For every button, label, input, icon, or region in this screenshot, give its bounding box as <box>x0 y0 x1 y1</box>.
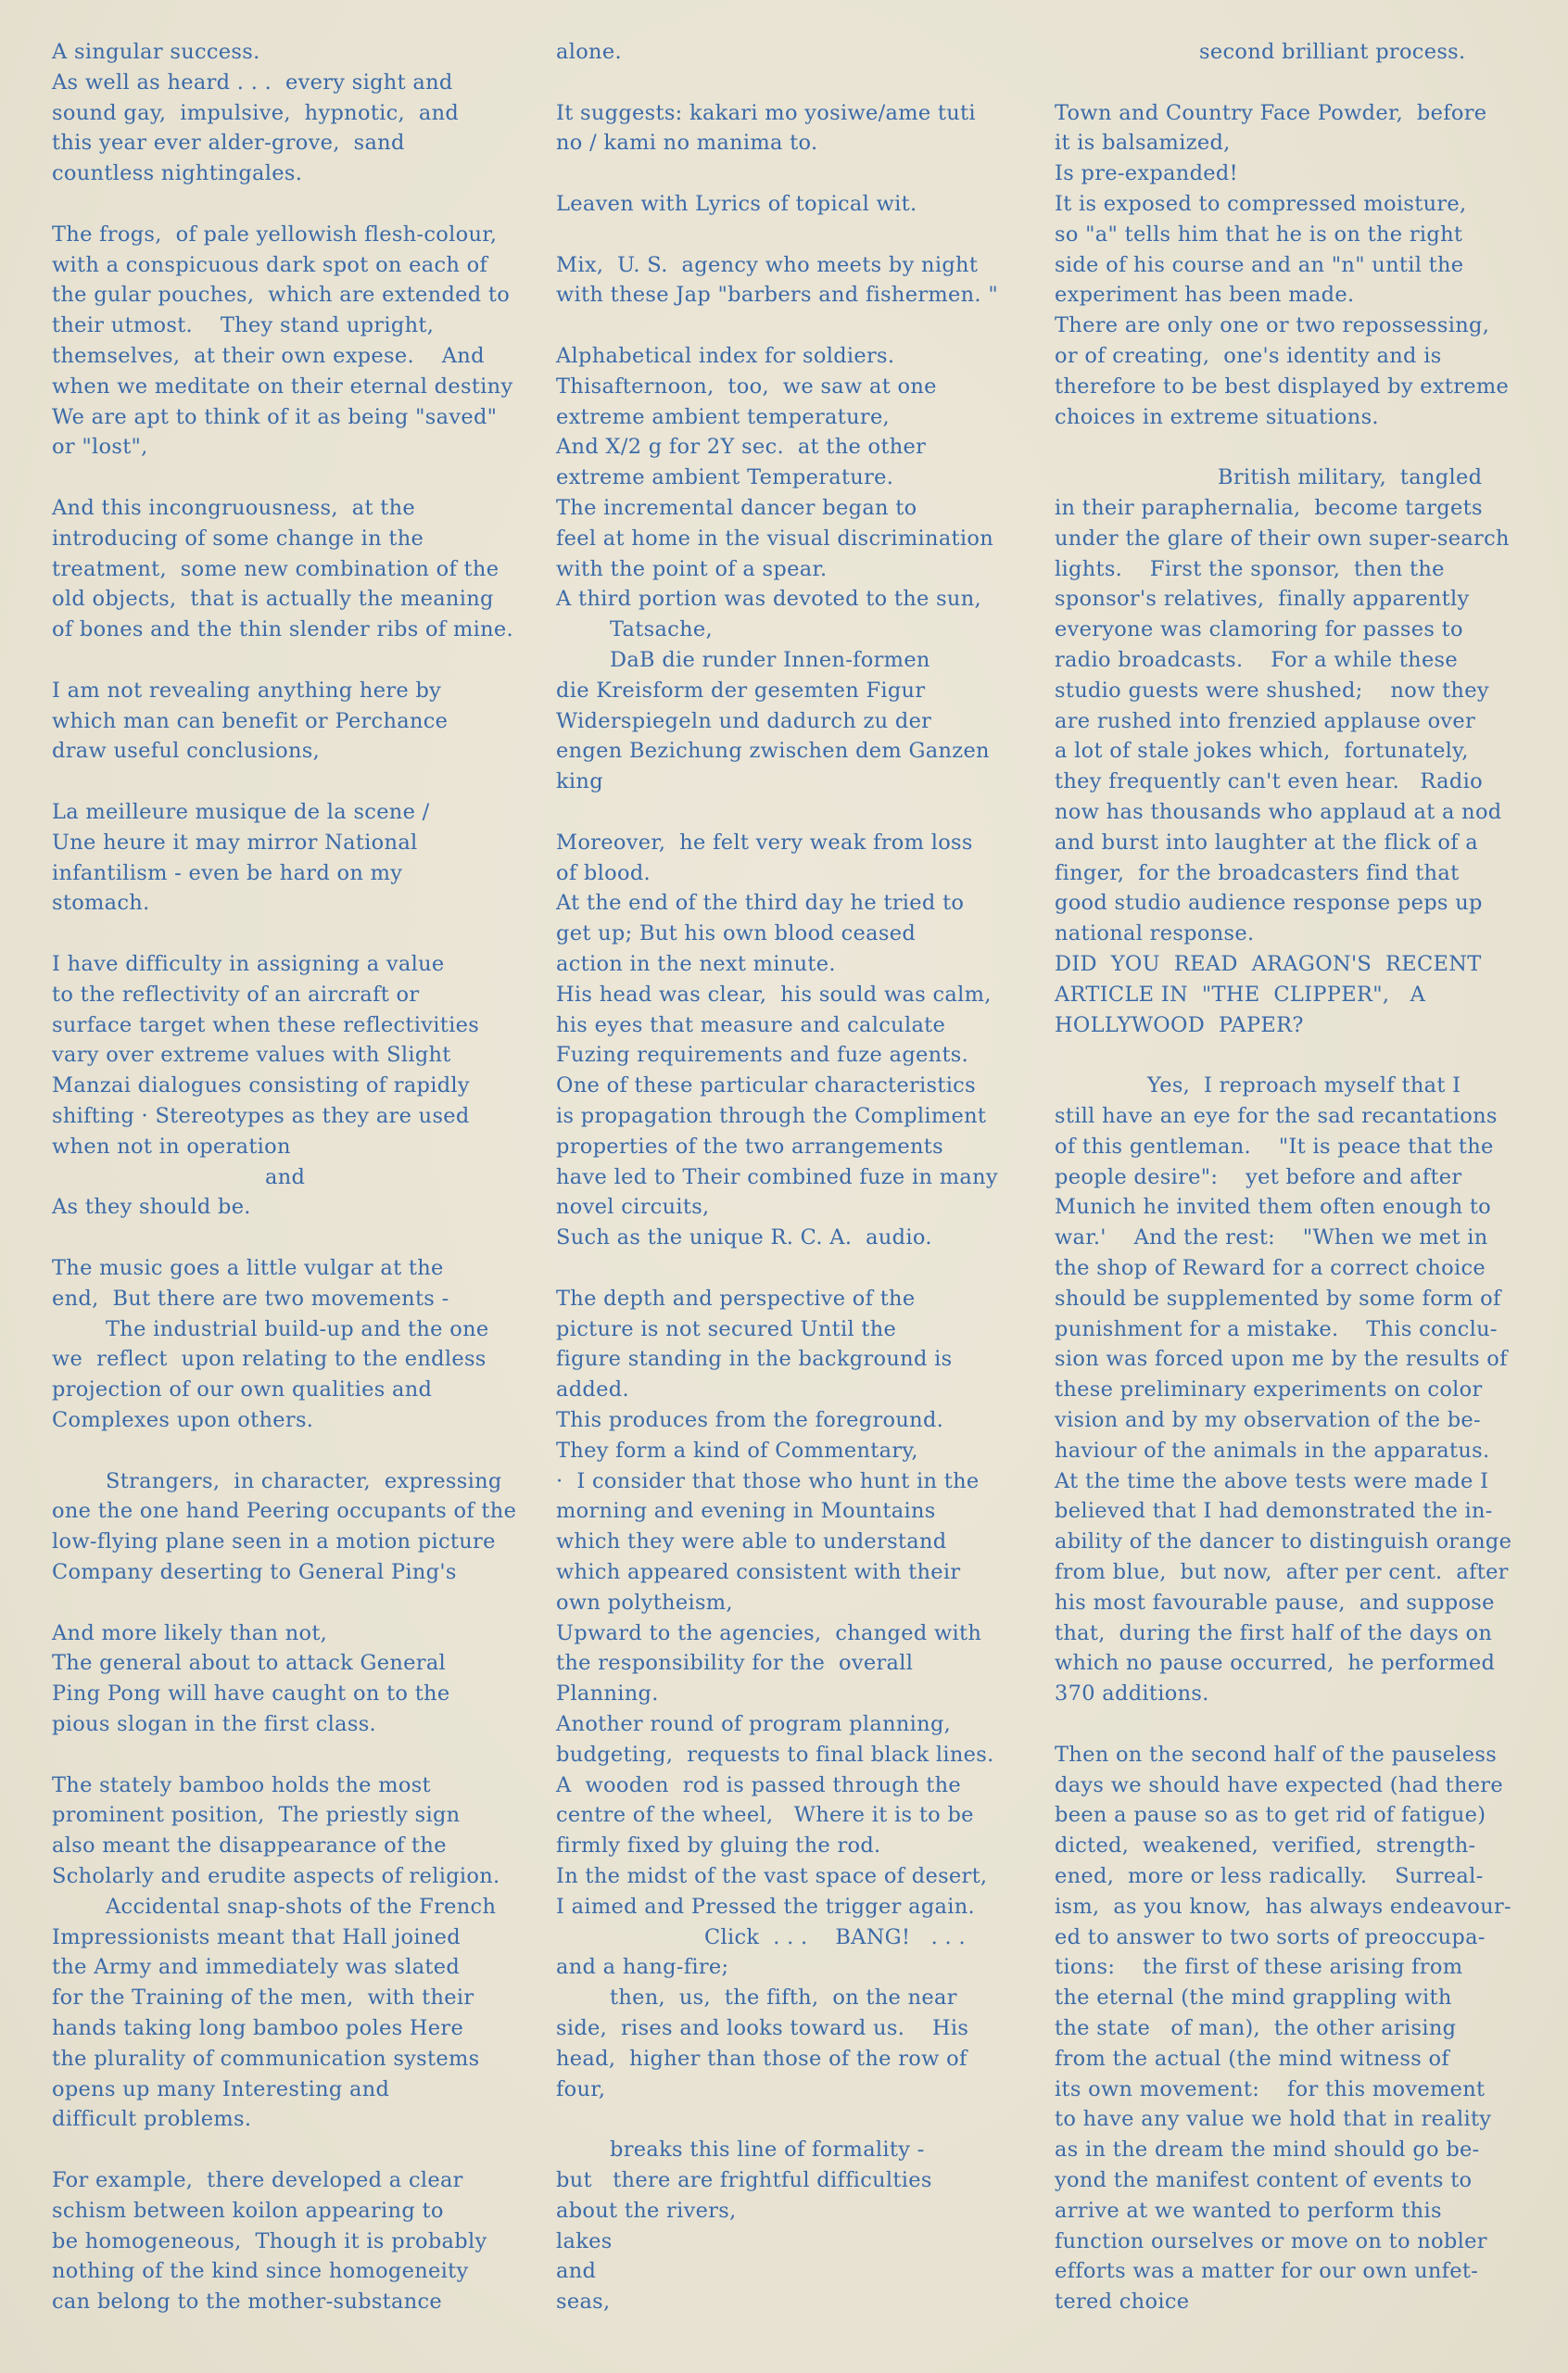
text-line: I aimed and Pressed the trigger again. <box>556 1892 975 1923</box>
text-line: Accidental snap-shots of the French <box>106 1892 496 1923</box>
text-line: novel circuits, <box>556 1192 710 1223</box>
text-line: properties of the two arrangements <box>556 1132 943 1162</box>
text-line: low-flying plane seen in a motion pictur… <box>52 1527 496 1557</box>
text-line: draw useful conclusions, <box>52 736 320 767</box>
text-line: therefore to be best displayed by extrem… <box>1055 372 1509 402</box>
text-line: For example, there developed a clear <box>52 2165 463 2196</box>
text-line: I am not revealing anything here by <box>52 676 441 706</box>
text-line: Yes, I reproach myself that I <box>1147 1071 1461 1101</box>
text-line: this year ever alder-grove, sand <box>52 128 405 159</box>
text-line: schism between koilon appearing to <box>52 2196 444 2227</box>
text-line: to have any value we hold that in realit… <box>1055 2104 1491 2135</box>
text-line: Scholarly and erudite aspects of religio… <box>52 1861 500 1892</box>
text-line: so "a" tells him that he is on the right <box>1055 220 1462 250</box>
text-line: been a pause so as to get rid of fatigue… <box>1055 1800 1486 1831</box>
text-line: And X/2 g for 2Y sec. at the other <box>556 432 926 463</box>
text-line: that, during the first half of the days … <box>1055 1618 1492 1649</box>
text-line: Strangers, in character, expressing <box>106 1466 502 1497</box>
text-line: nothing of the kind since homogeneity <box>52 2256 469 2287</box>
text-line: In the midst of the vast space of desert… <box>556 1861 987 1892</box>
text-line: with these Jap "barbers and fishermen. " <box>556 280 998 311</box>
text-line: tered choice <box>1055 2287 1189 2317</box>
text-line: extreme ambient Temperature. <box>556 463 893 493</box>
text-line: studio guests were shushed; now they <box>1055 676 1489 706</box>
text-line: Upward to the agencies, changed with <box>556 1618 981 1649</box>
text-line: Impressionists meant that Hall joined <box>52 1923 461 1953</box>
text-line: infantilism - even be hard on my <box>52 858 402 889</box>
text-line: The general about to attack General <box>52 1648 446 1679</box>
text-line: ened, more or less radically. Surreal- <box>1055 1861 1484 1892</box>
text-line: Click . . . BANG! . . . <box>704 1923 966 1953</box>
text-line: This produces from the foreground. <box>556 1405 943 1436</box>
text-line: the plurality of communication systems <box>52 2044 479 2075</box>
text-line: sion was forced upon me by the results o… <box>1055 1344 1508 1375</box>
text-line: from blue, but now, after per cent. afte… <box>1055 1557 1509 1588</box>
text-line: picture is not secured Until the <box>556 1314 896 1345</box>
text-line: treatment, some new combination of the <box>52 554 499 585</box>
text-line: lights. First the sponsor, then the <box>1055 554 1445 585</box>
text-line: good studio audience response peps up <box>1055 888 1483 919</box>
text-line: action in the next minute. <box>556 949 836 980</box>
text-line: ed to answer to two sorts of preoccupa- <box>1055 1923 1486 1953</box>
text-line: hands taking long bamboo poles Here <box>52 2013 463 2044</box>
text-line: the gular pouches, which are extended to <box>52 280 510 311</box>
text-line: prominent position, The priestly sign <box>52 1800 460 1831</box>
text-line: We are apt to think of it as being "save… <box>52 402 497 433</box>
text-line: punishment for a mistake. This conclu- <box>1055 1314 1498 1345</box>
text-line: these preliminary experiments on color <box>1055 1375 1483 1405</box>
text-line: British military, tangled <box>1218 463 1482 493</box>
text-line: Manzai dialogues consisting of rapidly <box>52 1071 470 1101</box>
text-line: ARTICLE IN "THE CLIPPER", A <box>1055 980 1425 1010</box>
text-line: from the actual (the mind witness of <box>1055 2044 1449 2075</box>
text-line: the shop of Reward for a correct choice <box>1055 1253 1486 1284</box>
text-line: The depth and perspective of the <box>556 1284 915 1314</box>
text-line: yond the manifest content of events to <box>1055 2165 1472 2196</box>
text-line: of blood. <box>556 858 651 889</box>
text-line: a lot of stale jokes which, fortunately, <box>1055 736 1469 767</box>
text-line: radio broadcasts. For a while these <box>1055 645 1458 676</box>
text-line: HOLLYWOOD PAPER? <box>1055 1010 1304 1041</box>
text-line: Moreover, he felt very weak from loss <box>556 828 973 858</box>
text-line: A wooden rod is passed through the <box>556 1770 961 1801</box>
text-line: they frequently can't even hear. Radio <box>1055 767 1483 797</box>
text-line: side of his course and an "n" until the <box>1055 250 1463 281</box>
text-line: dicted, weakened, verified, strength- <box>1055 1831 1475 1861</box>
text-line: we reflect upon relating to the endless <box>52 1344 487 1375</box>
text-line: ism, as you know, has always endeavour- <box>1055 1892 1511 1923</box>
text-line: themselves, at their own expese. And <box>52 341 485 372</box>
text-line: still have an eye for the sad recantatio… <box>1055 1101 1498 1132</box>
text-line: which no pause occurred, he performed <box>1055 1648 1495 1679</box>
text-line: days we should have expected (had there <box>1055 1770 1503 1801</box>
text-line: surface target when these reflectivities <box>52 1010 479 1041</box>
text-line: as in the dream the mind should go be- <box>1055 2135 1480 2165</box>
text-line: And this incongruousness, at the <box>52 493 415 524</box>
text-line: budgeting, requests to final black lines… <box>556 1740 994 1770</box>
text-line: The stately bamboo holds the most <box>52 1770 431 1801</box>
text-line: At the time the above tests were made I <box>1055 1466 1488 1497</box>
text-line: now has thousands who applaud at a nod <box>1055 797 1502 828</box>
text-line: Munich he invited them often enough to <box>1055 1192 1491 1223</box>
text-line: added. <box>556 1375 629 1405</box>
text-line: projection of our own qualities and <box>52 1375 432 1405</box>
text-line: and a hang-fire; <box>556 1952 728 1983</box>
text-line: sponsor's relatives, finally apparently <box>1055 584 1470 615</box>
text-line: its own movement: for this movement <box>1055 2075 1485 2105</box>
text-line: extreme ambient temperature, <box>556 402 890 433</box>
text-line: seas, <box>556 2287 610 2317</box>
text-line: One of these particular characteristics <box>556 1071 976 1101</box>
text-line: the Army and immediately was slated <box>52 1952 460 1983</box>
text-line: The music goes a little vulgar at the <box>52 1253 444 1284</box>
text-line: breaks this line of formality - <box>610 2135 925 2165</box>
text-line: the eternal (the mind grappling with <box>1055 1983 1452 2013</box>
text-line: The industrial build-up and the one <box>106 1314 489 1345</box>
text-line: A singular success. <box>52 37 260 68</box>
text-line: or of creating, one's identity and is <box>1055 341 1442 372</box>
text-line: vision and by my observation of the be- <box>1055 1405 1481 1436</box>
text-line: under the glare of their own super-searc… <box>1055 524 1510 554</box>
text-line: and <box>265 1162 305 1193</box>
text-line: pious slogan in the first class. <box>52 1709 376 1740</box>
text-line: of this gentleman. "It is peace that the <box>1055 1132 1494 1162</box>
text-line: As they should be. <box>52 1192 251 1223</box>
text-line: Is pre-expanded! <box>1055 159 1238 189</box>
text-line: morning and evening in Mountains <box>556 1496 936 1527</box>
text-line: Alphabetical index for soldiers. <box>556 341 894 372</box>
text-line: but there are frightful difficulties <box>556 2165 932 2196</box>
text-line: lakes <box>556 2227 613 2257</box>
text-line: experiment has been made. <box>1055 280 1354 311</box>
text-line: haviour of the animals in the apparatus. <box>1055 1436 1489 1466</box>
text-line: tions: the first of these arising from <box>1055 1952 1462 1983</box>
text-line: with the point of a spear. <box>556 554 827 585</box>
text-line: shifting · Stereotypes as they are used <box>52 1101 470 1132</box>
text-line: national response. <box>1055 919 1254 949</box>
text-line: I have difficulty in assigning a value <box>52 949 445 980</box>
text-line: or "lost", <box>52 432 148 463</box>
text-line: end, But there are two movements - <box>52 1284 449 1314</box>
text-line: ability of the dancer to distinguish ora… <box>1055 1527 1511 1557</box>
text-line: it is balsamized, <box>1055 128 1231 159</box>
text-line: the state of man), the other arising <box>1055 2013 1456 2044</box>
text-line: alone. <box>556 37 622 68</box>
text-line: opens up many Interesting and <box>52 2075 389 2105</box>
text-line: their utmost. They stand upright, <box>52 311 434 341</box>
text-line: Tatsache, <box>610 615 713 645</box>
text-line: Fuzing requirements and fuze agents. <box>556 1040 968 1071</box>
text-line: And more likely than not, <box>52 1618 327 1649</box>
text-line: Such as the unique R. C. A. audio. <box>556 1223 932 1253</box>
text-line: of bones and the thin slender ribs of mi… <box>52 615 513 645</box>
text-line: Ping Pong will have caught on to the <box>52 1679 449 1709</box>
text-line: sound gay, impulsive, hypnotic, and <box>52 98 459 129</box>
text-line: centre of the wheel, Where it is to be <box>556 1800 974 1831</box>
text-line: when we meditate on their eternal destin… <box>52 372 512 402</box>
text-line: As well as heard . . . every sight and <box>52 68 453 98</box>
text-line: They form a kind of Commentary, <box>556 1436 918 1466</box>
text-line: when not in operation <box>52 1132 291 1162</box>
text-line: are rushed into frenzied applause over <box>1055 706 1475 737</box>
text-line: countless nightingales. <box>52 159 302 189</box>
text-line: to the reflectivity of an aircraft or <box>52 980 419 1010</box>
text-line: finger, for the broadcasters find that <box>1055 858 1459 889</box>
text-line: be homogeneous, Though it is probably <box>52 2227 487 2257</box>
text-line: head, higher than those of the row of <box>556 2044 967 2075</box>
text-line: everyone was clamoring for passes to <box>1055 615 1463 645</box>
text-line: war.' And the rest: "When we met in <box>1055 1223 1488 1253</box>
text-line: His head was clear, his sould was calm, <box>556 980 992 1010</box>
text-line: · I consider that those who hunt in the <box>556 1466 980 1497</box>
text-line: Planning. <box>556 1679 659 1709</box>
text-line: people desire": yet before and after <box>1055 1162 1461 1193</box>
text-line: get up; But his own blood ceased <box>556 919 916 949</box>
text-line: vary over extreme values with Slight <box>52 1040 451 1071</box>
text-line: Complexes upon others. <box>52 1405 313 1436</box>
text-line: side, rises and looks toward us. His <box>556 2013 968 2044</box>
text-line: stomach. <box>52 888 150 919</box>
text-line: efforts was a matter for our own unfet- <box>1055 2256 1478 2287</box>
text-line: DID YOU READ ARAGON'S RECENT <box>1055 949 1482 980</box>
text-line: introducing of some change in the <box>52 524 424 554</box>
text-line: also meant the disappearance of the <box>52 1831 447 1861</box>
text-line: king <box>556 767 603 797</box>
text-line: choices in extreme situations. <box>1055 402 1379 433</box>
text-line: It suggests: kakari mo yosiwe/ame tuti <box>556 98 976 129</box>
text-line: the responsibility for the overall <box>556 1648 913 1679</box>
text-line: and <box>556 2256 596 2287</box>
text-line: engen Bezichung zwischen dem Ganzen <box>556 736 990 767</box>
document-page: A singular success.As well as heard . . … <box>0 0 1568 2373</box>
text-line: believed that I had demonstrated the in- <box>1055 1496 1493 1527</box>
text-line: difficult problems. <box>52 2104 251 2135</box>
text-line: and burst into laughter at the flick of … <box>1055 828 1478 858</box>
text-line: Une heure it may mirror National <box>52 828 418 858</box>
text-line: can belong to the mother-substance <box>52 2287 442 2317</box>
text-line: Leaven with Lyrics of topical wit. <box>556 189 917 220</box>
text-line: Town and Country Face Powder, before <box>1055 98 1486 129</box>
text-line: his eyes that measure and calculate <box>556 1010 945 1041</box>
text-line: It is exposed to compressed moisture, <box>1055 189 1467 220</box>
text-line: A third portion was devoted to the sun, <box>556 584 981 615</box>
text-line: which man can benefit or Perchance <box>52 706 448 737</box>
text-line: function ourselves or move on to nobler <box>1055 2227 1487 2257</box>
text-line: The incremental dancer began to <box>556 493 917 524</box>
text-line: There are only one or two repossessing, <box>1055 311 1489 341</box>
text-line: die Kreisform der gesemten Figur <box>556 676 925 706</box>
text-line: La meilleure musique de la scene / <box>52 797 430 828</box>
text-line: Thisafternoon, too, we saw at one <box>556 372 937 402</box>
text-line: about the rivers, <box>556 2196 737 2227</box>
text-line: At the end of the third day he tried to <box>556 888 964 919</box>
text-line: Then on the second half of the pauseless <box>1055 1740 1497 1770</box>
text-line: own polytheism, <box>556 1588 733 1618</box>
text-line: Company deserting to General Ping's <box>52 1557 457 1588</box>
text-line: should be supplemented by some form of <box>1055 1284 1501 1314</box>
text-line: his most favourable pause, and suppose <box>1055 1588 1495 1618</box>
text-line: second brilliant process. <box>1199 37 1465 68</box>
text-line: have led to Their combined fuze in many <box>556 1162 998 1193</box>
text-line: Another round of program planning, <box>556 1709 951 1740</box>
text-line: firmly fixed by gluing the rod. <box>556 1831 881 1861</box>
text-line: which appeared consistent with their <box>556 1557 960 1588</box>
text-line: old objects, that is actually the meanin… <box>52 584 494 615</box>
text-line: Widerspiegeln und dadurch zu der <box>556 706 931 737</box>
text-line: four, <box>556 2075 605 2105</box>
text-line: DaB die runder Innen-formen <box>610 645 930 676</box>
text-line: then, us, the fifth, on the near <box>610 1983 957 2013</box>
text-line: for the Training of the men, with their <box>52 1983 474 2013</box>
text-line: The frogs, of pale yellowish flesh-colou… <box>52 220 497 250</box>
text-line: in their paraphernalia, become targets <box>1055 493 1483 524</box>
text-line: which they were able to understand <box>556 1527 946 1557</box>
text-line: 370 additions. <box>1055 1679 1209 1709</box>
text-line: is propagation through the Compliment <box>556 1101 986 1132</box>
text-line: Mix, U. S. agency who meets by night <box>556 250 978 281</box>
text-line: arrive at we wanted to perform this <box>1055 2196 1442 2227</box>
text-line: no / kami no manima to. <box>556 128 817 159</box>
text-line: feel at home in the visual discriminatio… <box>556 524 993 554</box>
text-line: with a conspicuous dark spot on each of <box>52 250 487 281</box>
text-line: figure standing in the background is <box>556 1344 952 1375</box>
text-line: one the one hand Peering occupants of th… <box>52 1496 516 1527</box>
